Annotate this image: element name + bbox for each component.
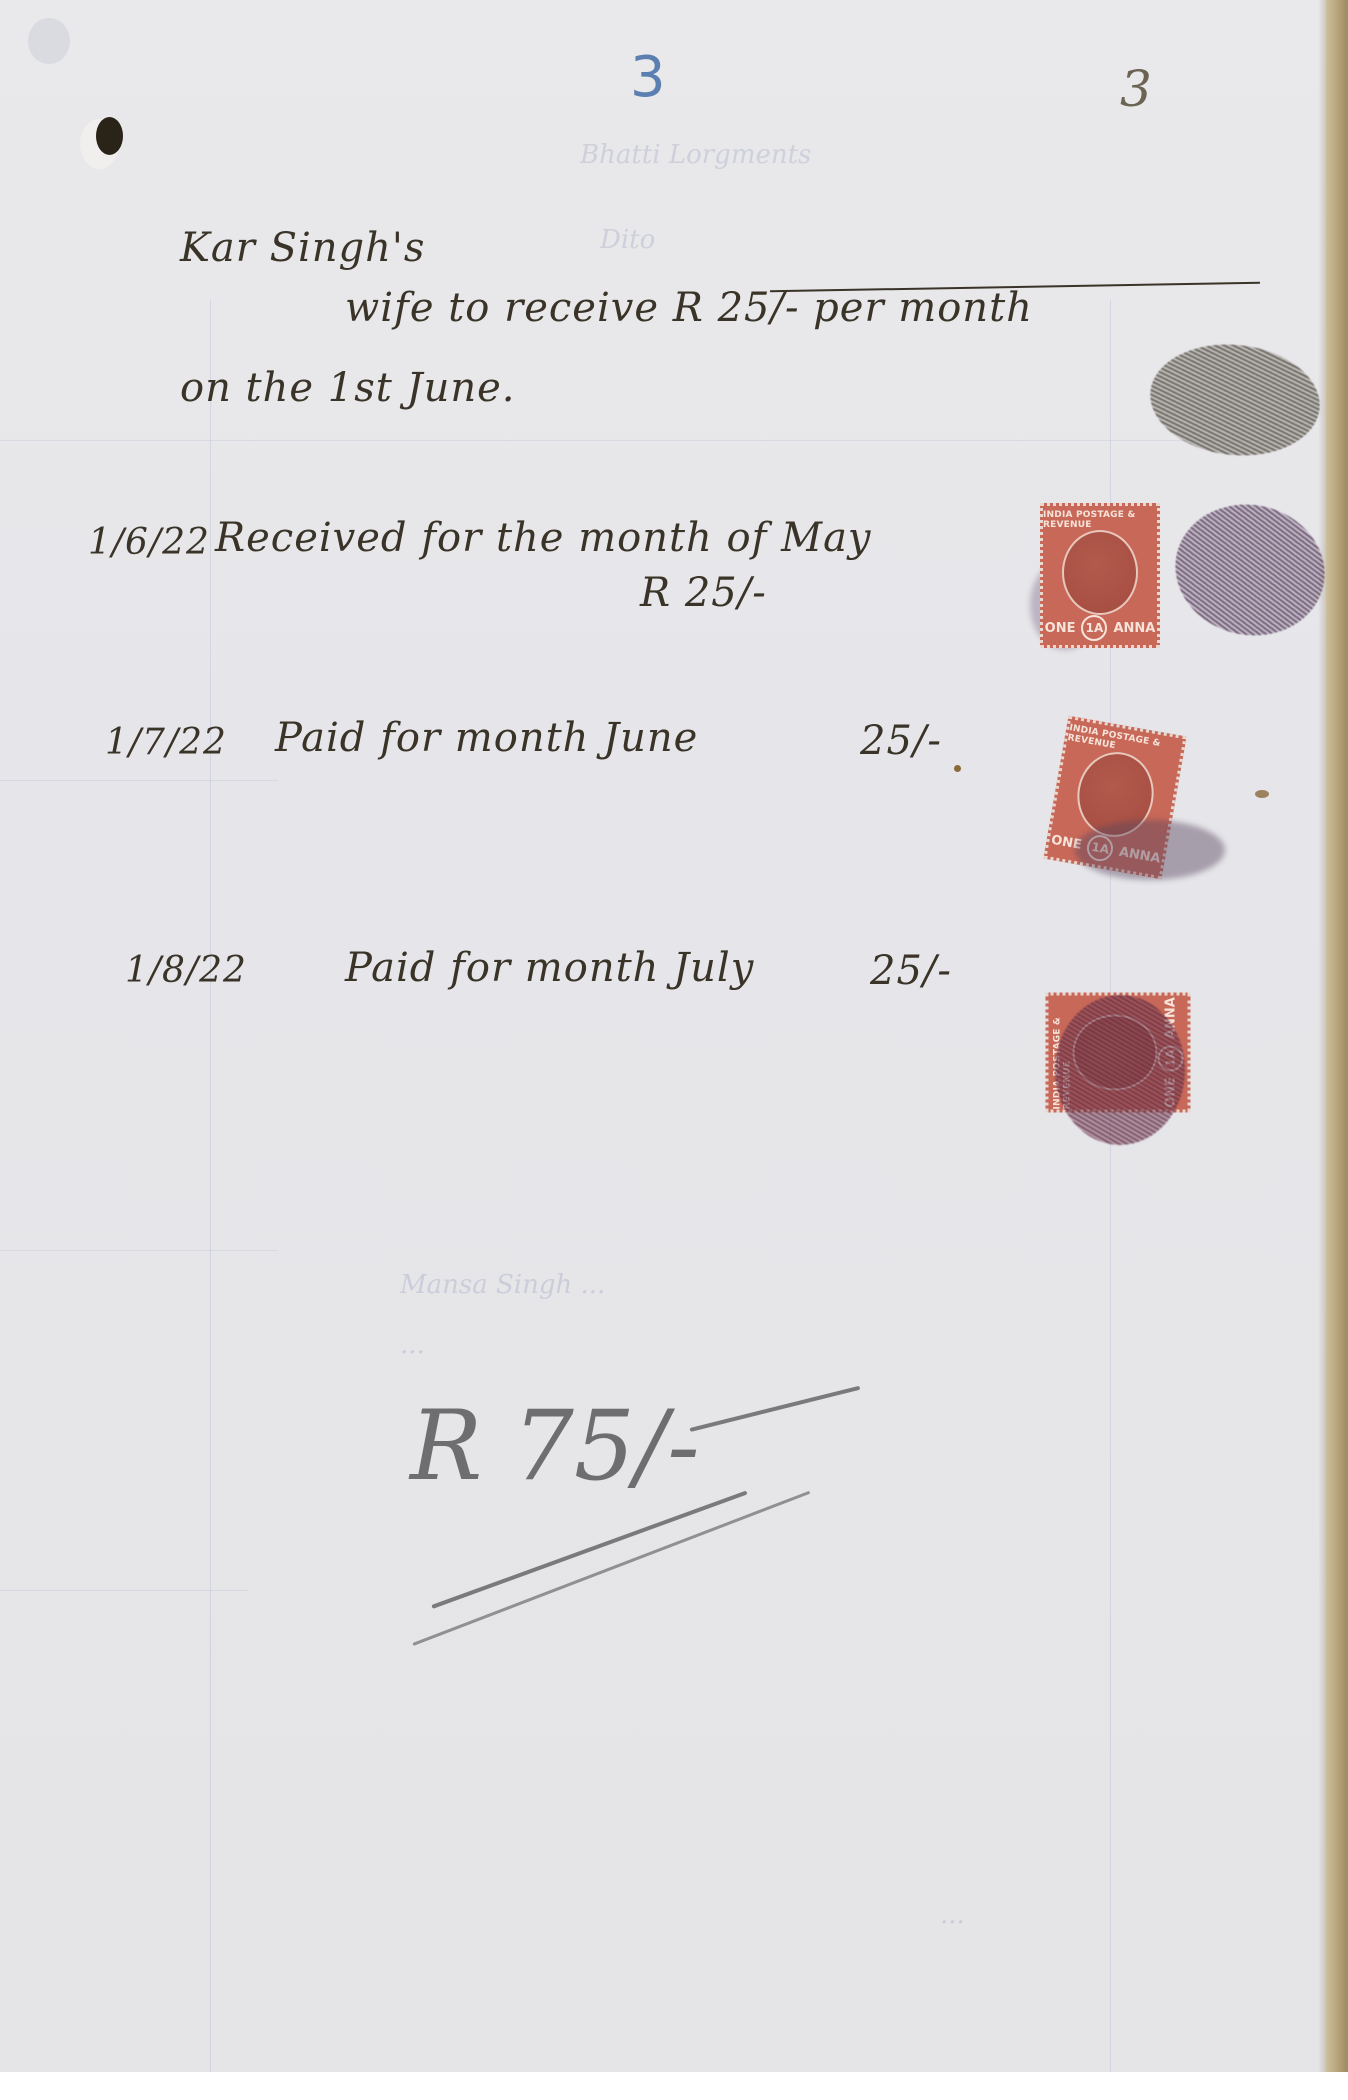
entry-3-amount: 25/- bbox=[870, 948, 952, 994]
page-number-blue: 3 bbox=[630, 45, 666, 110]
ink-spot bbox=[954, 765, 961, 772]
entry-2-date: 1/7/22 bbox=[105, 722, 227, 763]
stamp-value: ONE bbox=[1045, 621, 1076, 636]
page-edge-shadow bbox=[1318, 0, 1326, 2072]
page-number-ink: 3 bbox=[1120, 60, 1152, 118]
entry-3-text: Paid for month July bbox=[345, 945, 754, 991]
ruled-line bbox=[0, 440, 1288, 441]
heading-line-3: on the 1st June. bbox=[180, 365, 516, 411]
total-amount: R 75/- bbox=[410, 1390, 700, 1502]
thumbprint bbox=[1145, 336, 1326, 463]
ruled-line bbox=[0, 1590, 248, 1591]
bleed-through-text: Dito bbox=[600, 225, 655, 255]
total-dash bbox=[690, 1386, 861, 1432]
total-underline bbox=[431, 1491, 747, 1609]
document-page: Bhatti Lorgments Dito Mansa Singh ... ..… bbox=[0, 0, 1348, 2072]
entry-1-amount: R 25/- bbox=[640, 570, 767, 616]
thumbprint-smudge bbox=[1075, 820, 1225, 880]
page-edge bbox=[1326, 0, 1348, 2072]
thumbprint bbox=[1055, 995, 1185, 1145]
punch-hole bbox=[96, 117, 123, 155]
bleed-through-text: ... bbox=[400, 1330, 425, 1360]
bleed-through-text: Mansa Singh ... bbox=[400, 1270, 605, 1300]
thumbprint bbox=[1163, 491, 1337, 649]
ink-spot bbox=[1255, 790, 1269, 798]
entry-1-text: Received for the month of May bbox=[215, 515, 872, 561]
entry-1-date: 1/6/22 bbox=[88, 522, 210, 563]
ruled-line bbox=[0, 1250, 278, 1251]
revenue-stamp-1: INDIA POSTAGE & REVENUE ONE 1A ANNA bbox=[1040, 503, 1160, 648]
paper-stain bbox=[28, 18, 70, 64]
entry-2-amount: 25/- bbox=[860, 718, 942, 764]
entry-2-text: Paid for month June bbox=[275, 715, 698, 761]
stamp-header: INDIA POSTAGE & REVENUE bbox=[1043, 506, 1157, 530]
king-portrait-icon bbox=[1062, 530, 1138, 615]
heading-line-1: Kar Singh's bbox=[180, 225, 425, 271]
total-underline bbox=[412, 1491, 810, 1646]
bleed-through-text: Bhatti Lorgments bbox=[580, 140, 811, 170]
heading-line-2: wife to receive R 25/- per month bbox=[345, 285, 1033, 331]
ruled-line bbox=[0, 780, 278, 781]
bleed-through-text: ... bbox=[940, 1900, 965, 1930]
ruled-line bbox=[210, 300, 211, 2072]
entry-3-date: 1/8/22 bbox=[125, 950, 247, 991]
stamp-denomination: 1A bbox=[1081, 615, 1107, 641]
stamp-unit: ANNA bbox=[1113, 621, 1155, 636]
